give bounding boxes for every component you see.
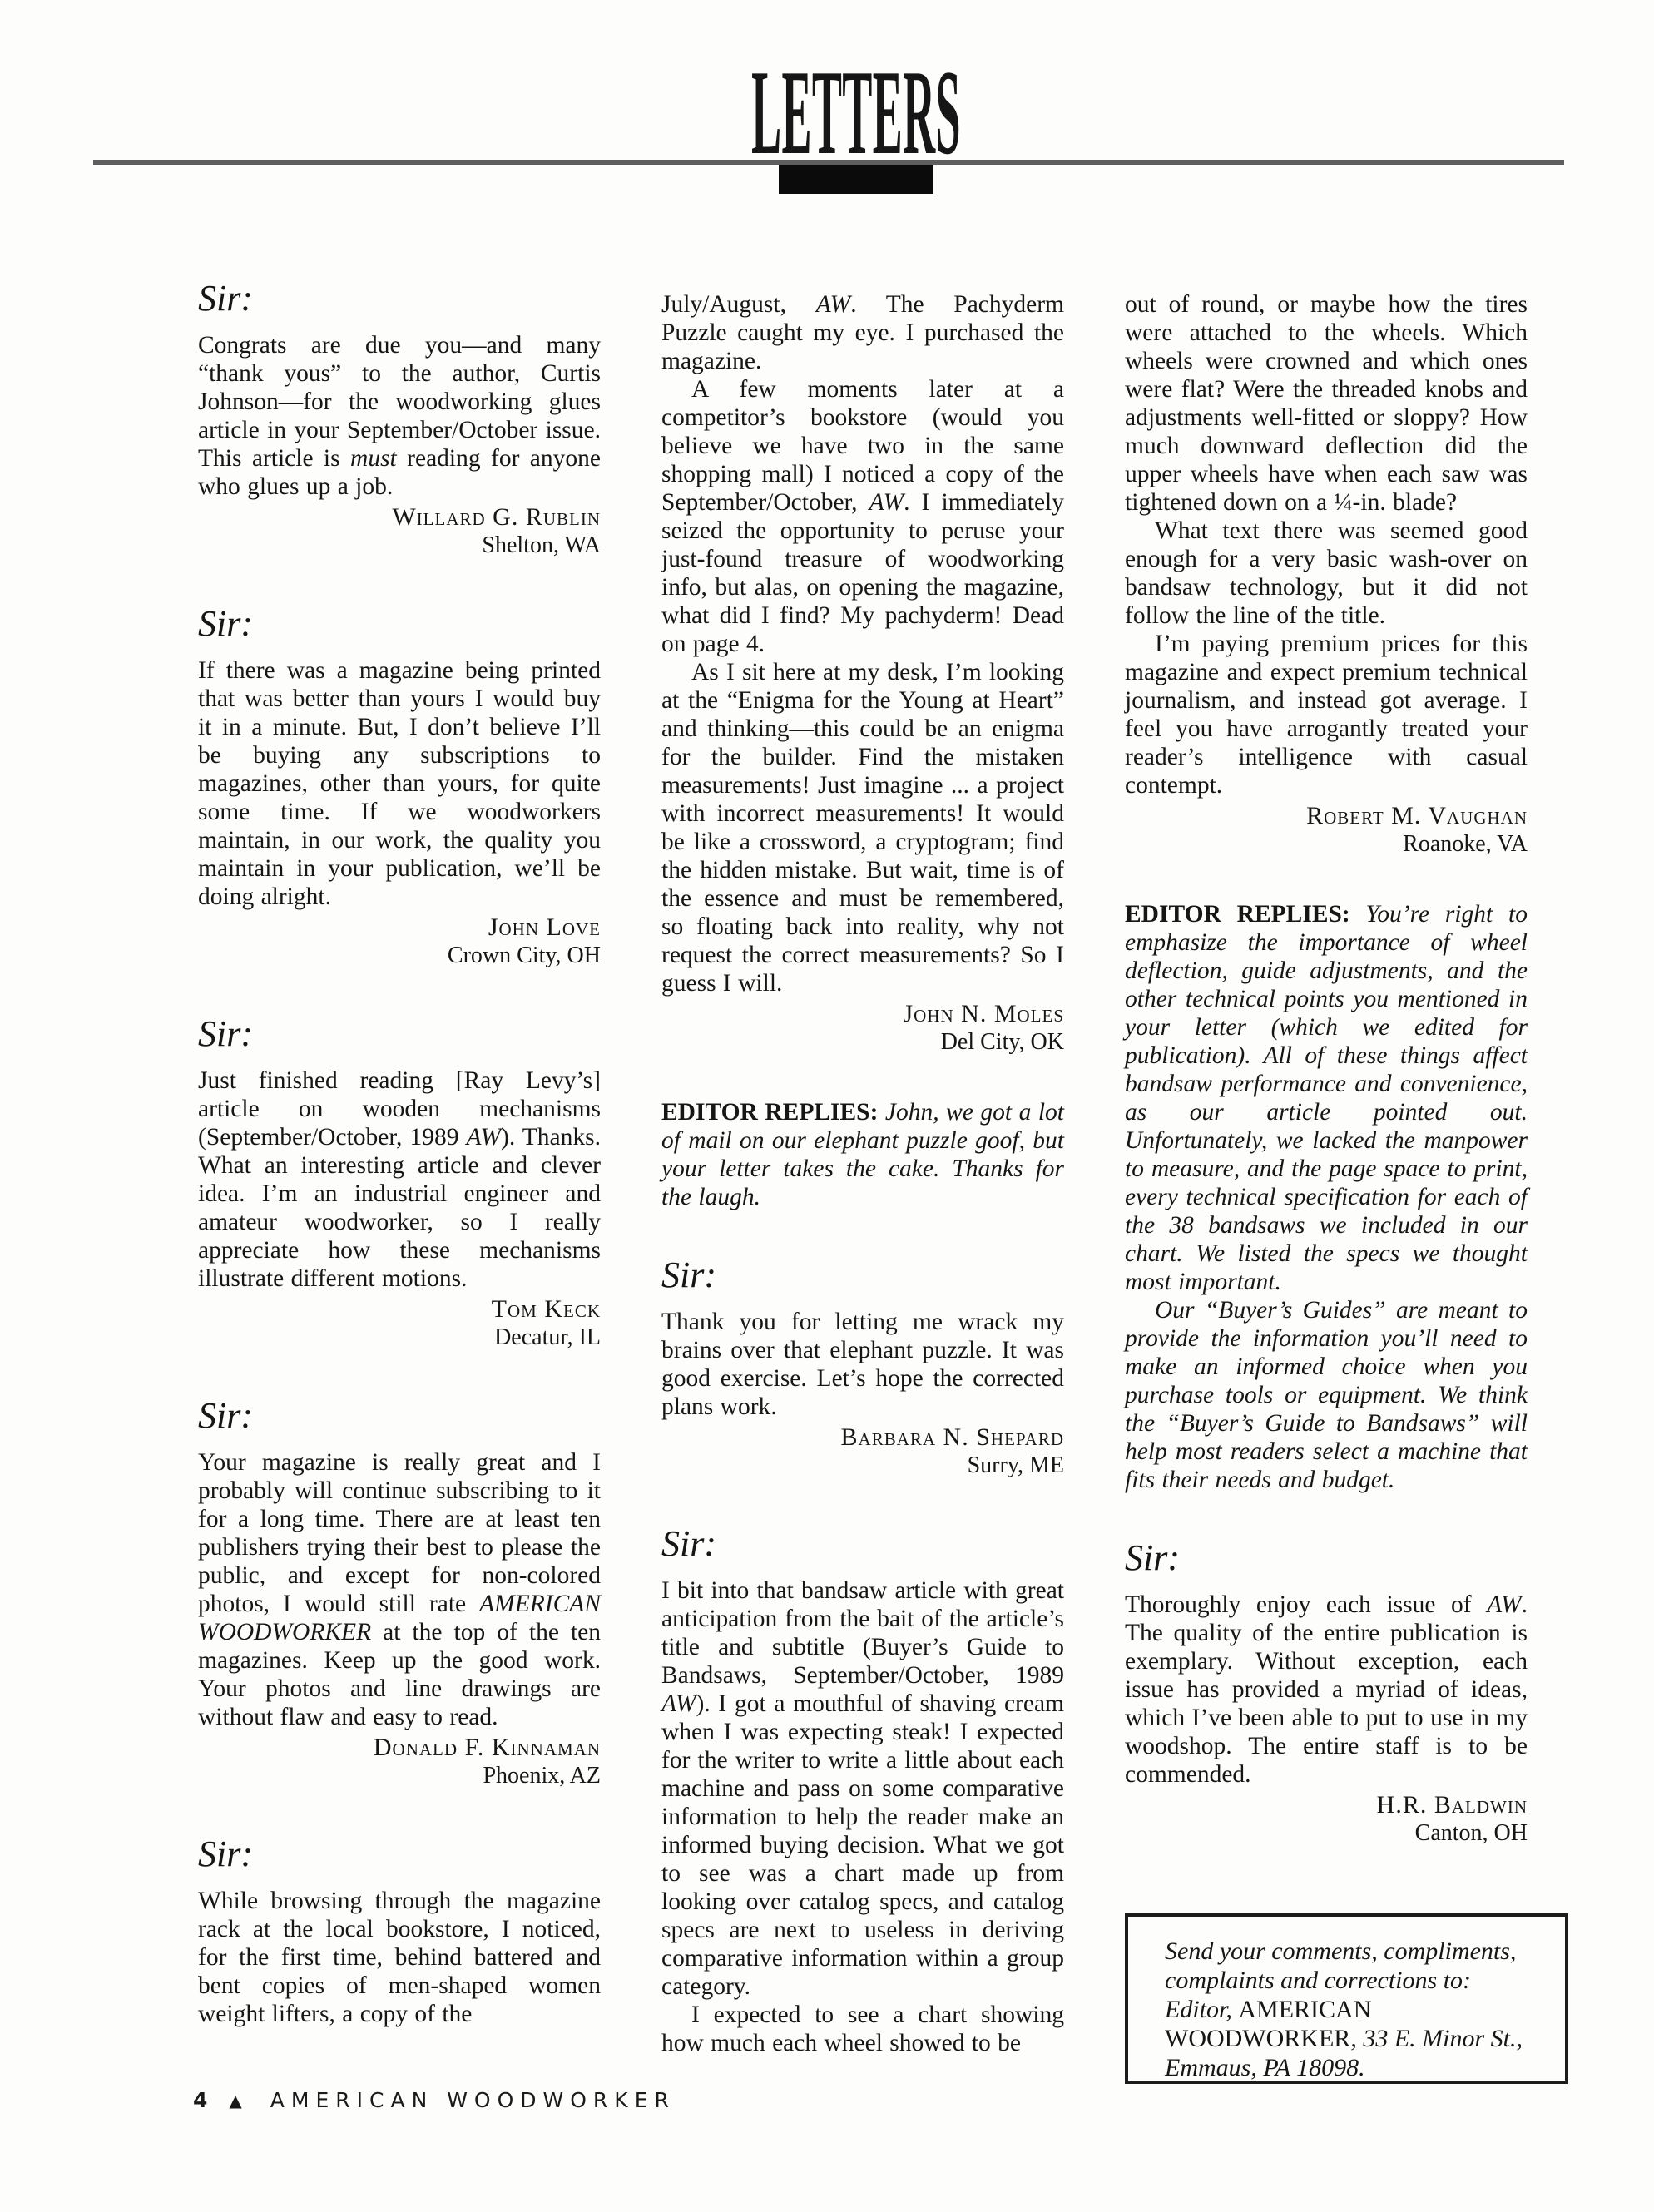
- signature-name: John Love: [198, 913, 601, 942]
- letter-signature: John N. MolesDel City, OK: [661, 1000, 1064, 1057]
- signature-name: Tom Keck: [198, 1295, 601, 1324]
- letter-paragraph: If there was a magazine being printed th…: [198, 656, 601, 911]
- letter-signature: Barbara N. ShepardSurry, ME: [661, 1423, 1064, 1480]
- signature-name: Barbara N. Shepard: [661, 1423, 1064, 1452]
- letter-paragraph: I expected to see a chart showing how mu…: [661, 2001, 1064, 2057]
- editor-reply-text: You’re right to emphasize the importance…: [1125, 901, 1528, 1295]
- page-title-text: LETTERS: [751, 52, 961, 173]
- letter-paragraph: Congrats are due you—and many “thank you…: [198, 331, 601, 501]
- reader-notice-box: Send your comments, compliments, complai…: [1125, 1913, 1568, 2084]
- letter-signature: Donald F. KinnamanPhoenix, AZ: [198, 1734, 601, 1790]
- italic-text: must: [350, 445, 397, 472]
- letter-paragraph: Thoroughly enjoy each issue of AW. The q…: [1125, 1591, 1528, 1789]
- editor-reply: EDITOR REPLIES: You’re right to emphasiz…: [1125, 900, 1528, 1296]
- editor-reply: EDITOR REPLIES: John, we got a lot of ma…: [661, 1098, 1064, 1211]
- italic-text: AW: [869, 489, 904, 516]
- letter-paragraph: What text there was seemed good enough f…: [1125, 517, 1528, 630]
- signature-place: Phoenix, AZ: [198, 1762, 601, 1790]
- letter-paragraph: As I sit here at my desk, I’m looking at…: [661, 658, 1064, 997]
- signature-place: Roanoke, VA: [1125, 830, 1528, 859]
- letter-salutation: Sir:: [198, 280, 601, 318]
- letter-paragraph: Just finished reading [Ray Levy’s] artic…: [198, 1066, 601, 1293]
- italic-text: AW: [467, 1124, 502, 1151]
- letter-paragraph: While browsing through the magazine rack…: [198, 1887, 601, 2028]
- italic-text: AW: [661, 1690, 696, 1717]
- magazine-name: AMERICAN WOODWORKER: [270, 2088, 676, 2112]
- masthead-black-block: [779, 165, 933, 194]
- editor-reply-label: EDITOR REPLIES:: [1125, 901, 1350, 928]
- letter-salutation: Sir:: [198, 1397, 601, 1435]
- italic-text: AW: [816, 291, 851, 318]
- letter-paragraph: A few moments later at a competitor’s bo…: [661, 375, 1064, 658]
- letter-signature: Robert M. VaughanRoanoke, VA: [1125, 802, 1528, 859]
- column-1: Sir:Congrats are due you—and many “thank…: [198, 280, 601, 2028]
- page-number: 4: [193, 2088, 207, 2112]
- magazine-letters-page: LETTERS Sir:Congrats are due you—and man…: [0, 0, 1654, 2212]
- signature-name: Robert M. Vaughan: [1125, 802, 1528, 830]
- letter-signature: H.R. BaldwinCanton, OH: [1125, 1791, 1528, 1848]
- letter-signature: John LoveCrown City, OH: [198, 913, 601, 970]
- letter-signature: Tom KeckDecatur, IL: [198, 1295, 601, 1352]
- signature-name: H.R. Baldwin: [1125, 1791, 1528, 1819]
- letter-paragraph: I bit into that bandsaw article with gre…: [661, 1576, 1064, 2001]
- letter-salutation: Sir:: [198, 1835, 601, 1873]
- letter-salutation: Sir:: [661, 1256, 1064, 1294]
- letter-paragraph: I’m paying premium prices for this magaz…: [1125, 630, 1528, 799]
- letter-paragraph: Thank you for letting me wrack my brains…: [661, 1308, 1064, 1421]
- signature-name: Willard G. Rublin: [198, 503, 601, 532]
- column-3: out of round, or maybe how the tires wer…: [1125, 290, 1528, 1848]
- letter-signature: Willard G. RublinShelton, WA: [198, 503, 601, 560]
- column-2: July/August, AW. The Pachyderm Puzzle ca…: [661, 290, 1064, 2057]
- signature-name: John N. Moles: [661, 1000, 1064, 1028]
- letter-salutation: Sir:: [198, 605, 601, 643]
- italic-text: AW: [1487, 1591, 1522, 1618]
- letter-salutation: Sir:: [661, 1525, 1064, 1563]
- page-title: LETTERS: [573, 52, 1140, 173]
- italic-text: AMERICAN WOODWORKER: [198, 1591, 601, 1645]
- letter-salutation: Sir:: [198, 1015, 601, 1053]
- letter-paragraph: Your magazine is really great and I prob…: [198, 1448, 601, 1731]
- signature-place: Surry, ME: [661, 1452, 1064, 1480]
- page-footer: 4 ▲ AMERICAN WOODWORKER: [193, 2088, 676, 2112]
- signature-place: Crown City, OH: [198, 942, 601, 970]
- signature-place: Decatur, IL: [198, 1324, 601, 1352]
- editor-reply-paragraph: Our “Buyer’s Guides” are meant to provid…: [1125, 1296, 1528, 1494]
- triangle-icon: ▲: [229, 2091, 241, 2111]
- editor-reply-label: EDITOR REPLIES:: [661, 1099, 878, 1126]
- letter-salutation: Sir:: [1125, 1539, 1528, 1577]
- reader-notice-text: Send your comments, compliments, complai…: [1165, 1937, 1542, 2082]
- letter-paragraph: out of round, or maybe how the tires wer…: [1125, 290, 1528, 517]
- signature-place: Del City, OK: [661, 1028, 1064, 1057]
- signature-place: Canton, OH: [1125, 1819, 1528, 1848]
- letter-paragraph: July/August, AW. The Pachyderm Puzzle ca…: [661, 290, 1064, 375]
- signature-name: Donald F. Kinnaman: [198, 1734, 601, 1762]
- signature-place: Shelton, WA: [198, 532, 601, 560]
